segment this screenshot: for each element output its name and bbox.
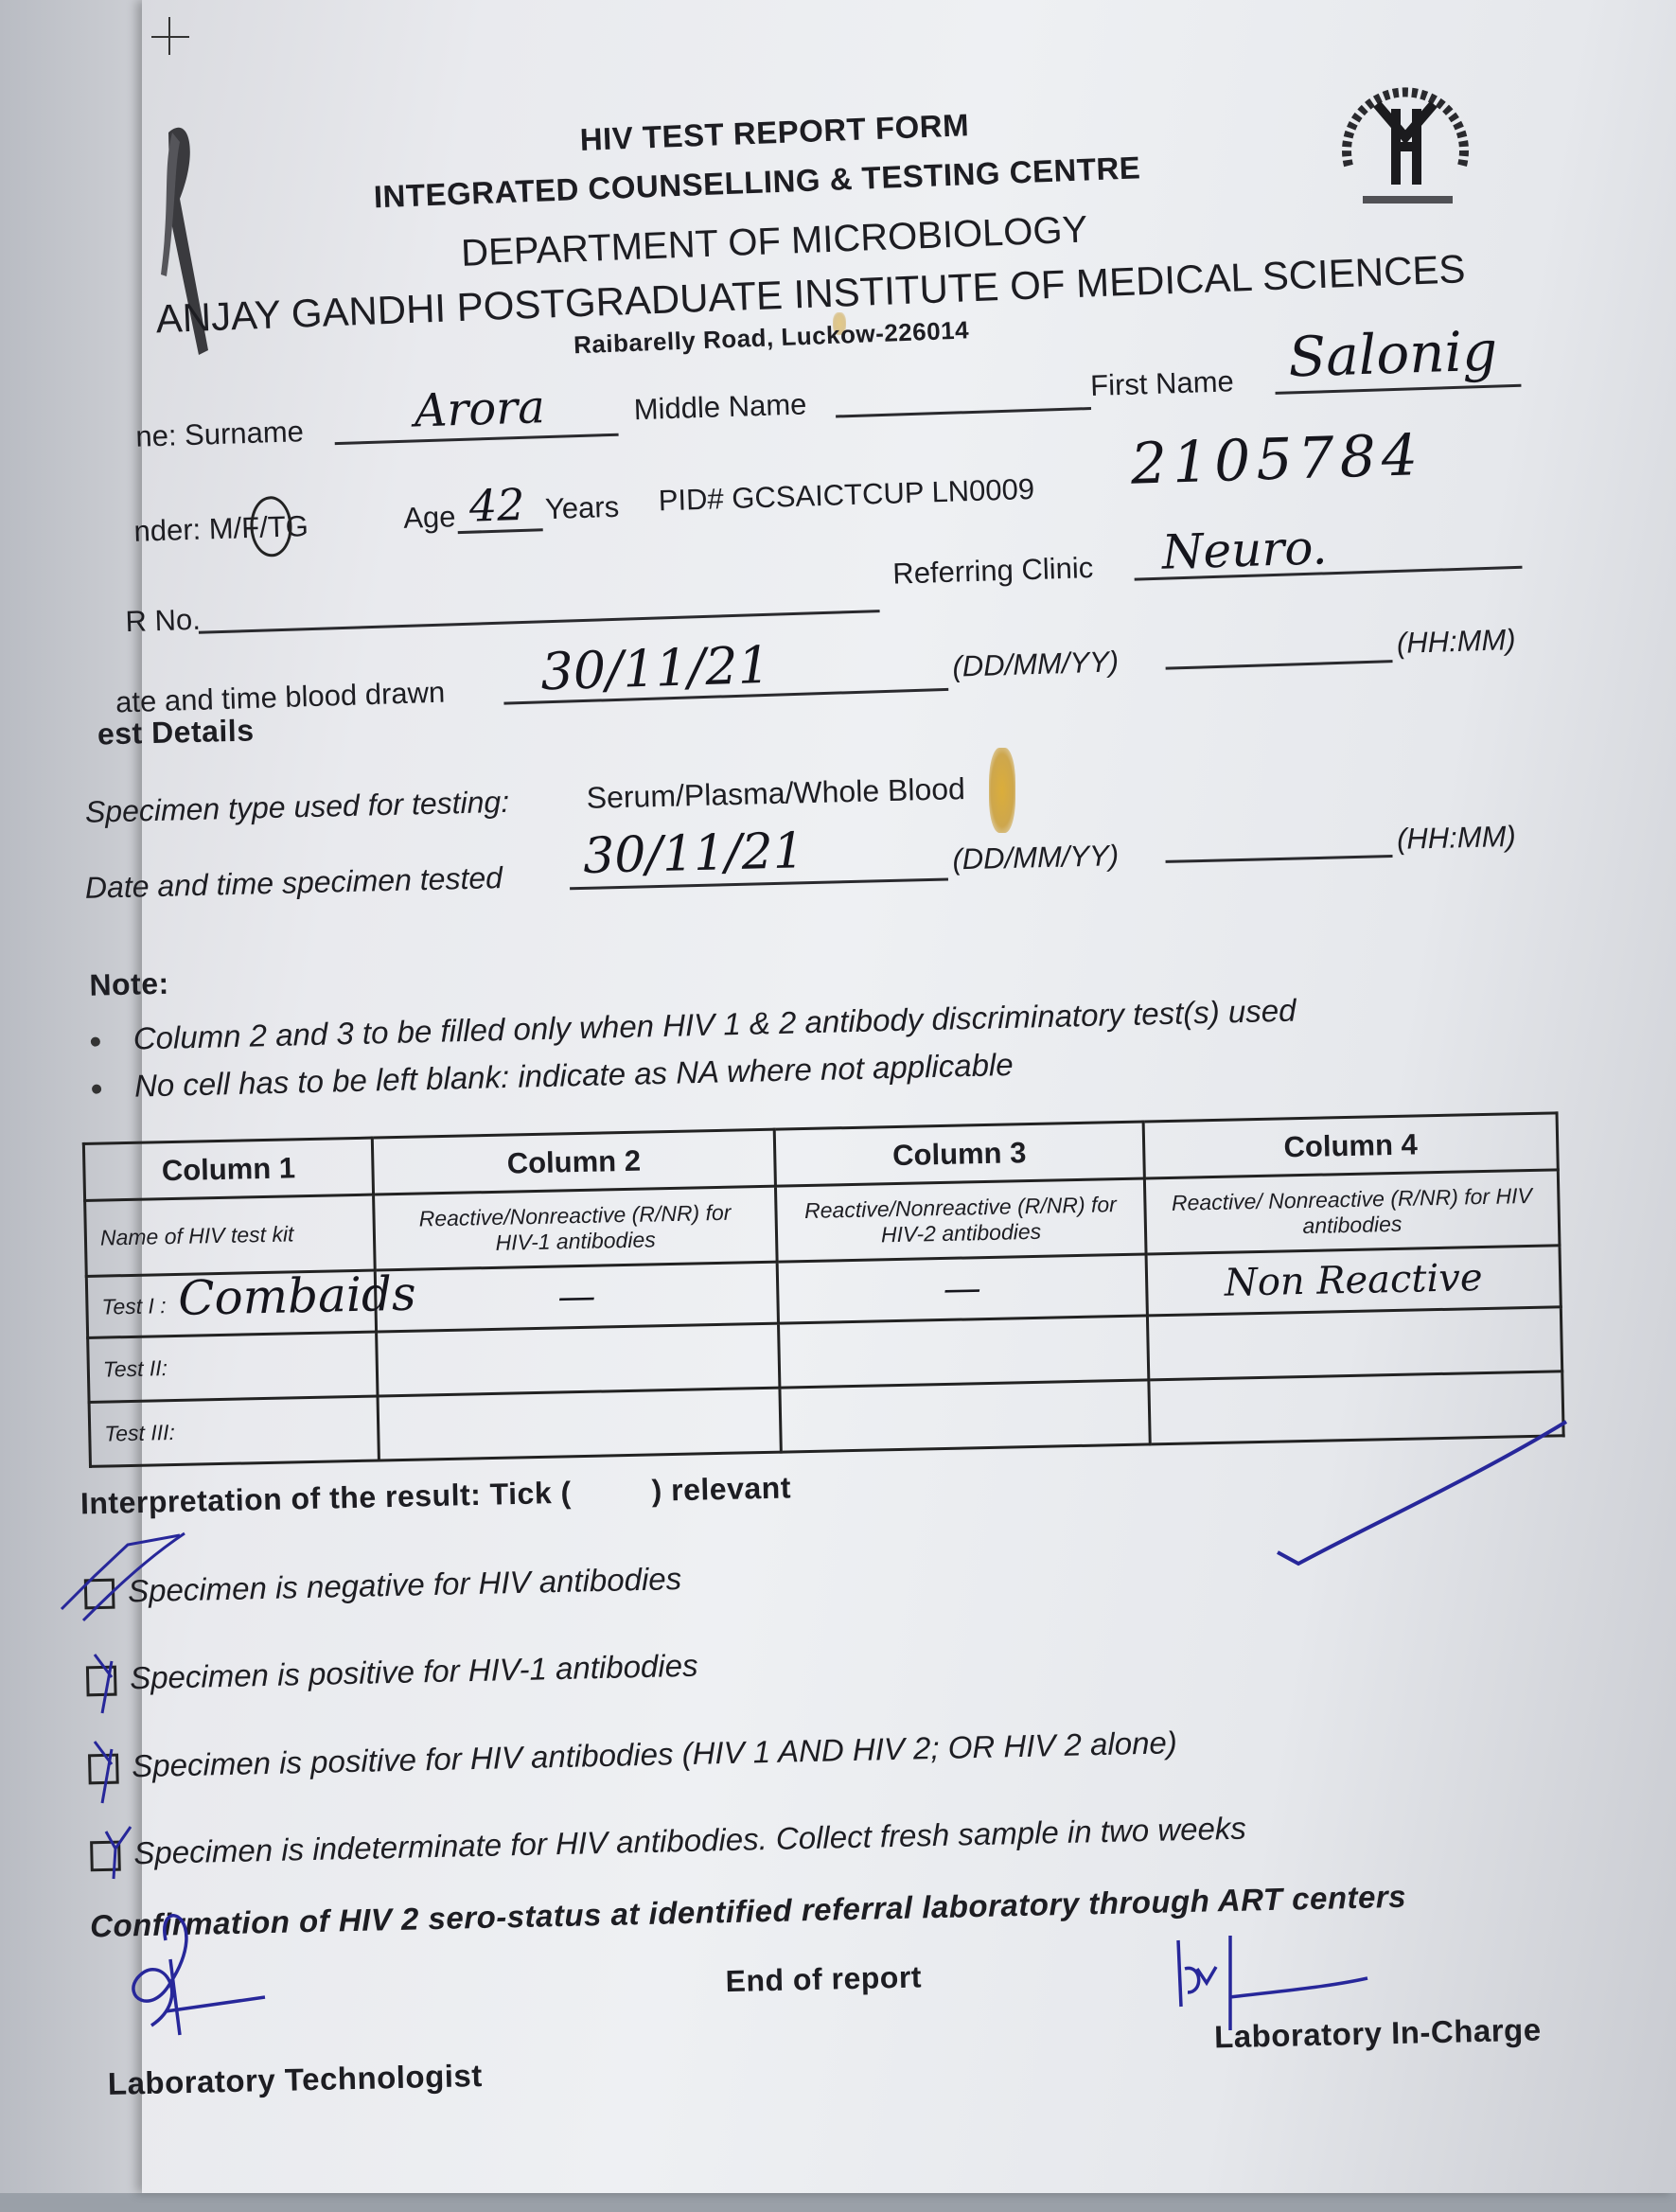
technologist-signature [133,1916,265,2035]
ink-marks [0,0,1676,2193]
cross-mark-icon [95,1655,112,1713]
incharge-signature [1178,1936,1367,2030]
cross-mark-icon [95,1742,112,1803]
cross-mark-icon [106,1827,131,1879]
hiv-report-form: HIV TEST REPORT FORM INTEGRATED COUNSELL… [0,0,1676,2193]
tick-mark-icon [62,1535,180,1609]
tick-mark-icon [1278,1422,1566,1564]
